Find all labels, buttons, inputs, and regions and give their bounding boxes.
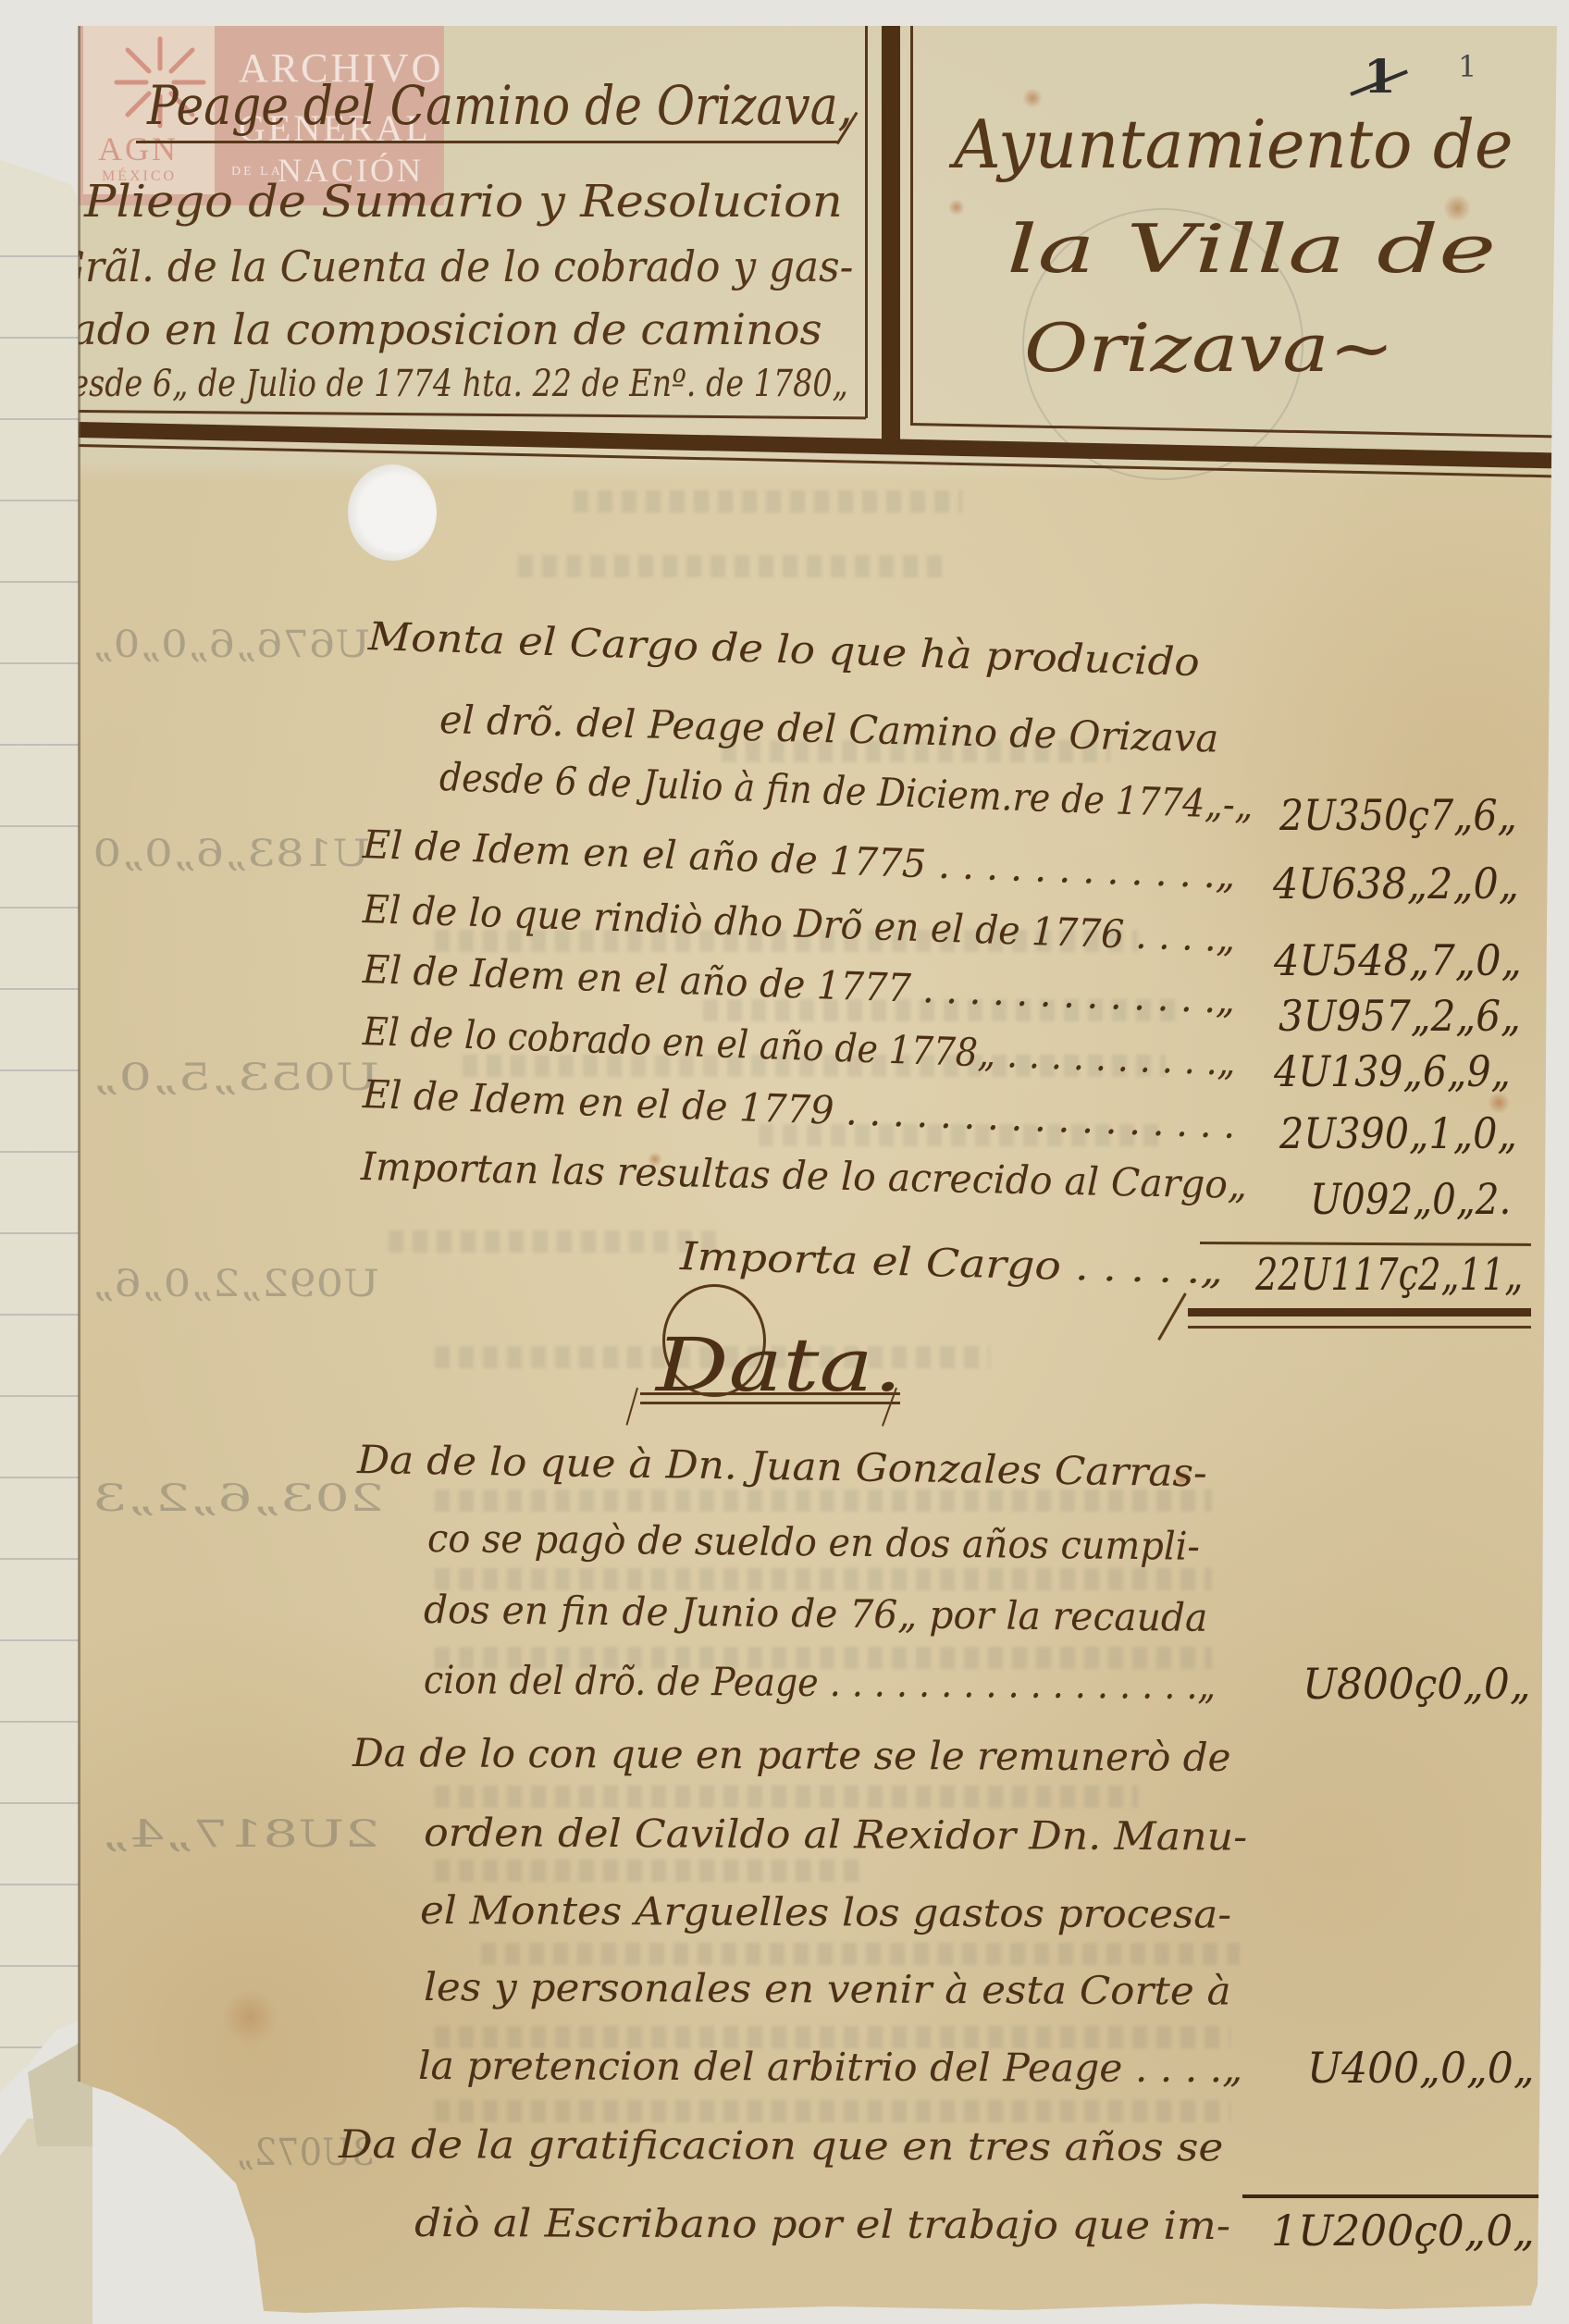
cargo-line: desde 6 de Julio à fin de Diciem.re de 1…	[439, 758, 1254, 825]
rust-spot	[948, 199, 965, 216]
data-entry-line: co se pagò de sueldo en dos años cumpli-	[427, 1519, 1200, 1566]
bleed-through-number-text: U053„5„0„	[93, 1059, 379, 1096]
page-left-edge-shadow	[78, 26, 80, 2082]
data-entry-amount: U800ç0„0„	[1303, 1663, 1531, 1705]
header-right-line-2: la Villa de	[1007, 216, 1496, 282]
carry-forward-rule	[1242, 2194, 1547, 2198]
header-right-line-1: Ayuntamiento de	[954, 111, 1513, 178]
cargo-line: el drõ. del Peage del Camino de Orizava	[439, 700, 1219, 759]
bleed-through-number: U053„5„0„	[93, 1059, 379, 1098]
data-entry-line: Da de lo que à Dn. Juan Gonzales Carras-	[357, 1440, 1207, 1492]
data-entry-line: Da de lo con que en parte se le remunerò…	[352, 1734, 1231, 1777]
data-entry-line: la pretencion del arbitrio del Peage . .…	[418, 2046, 1242, 2088]
header-title: Peage del Camino de Orizava,	[147, 79, 853, 132]
rust-spot	[222, 1989, 278, 2045]
cargo-line: El de Idem en el año de 1775 . . . . . .…	[362, 825, 1236, 895]
subtotal-rule	[1200, 1242, 1531, 1246]
data-entry-line: les y personales en venir à esta Corte à	[424, 1968, 1231, 2011]
cargo-line: Monta el Cargo de lo que hà producido	[367, 617, 1200, 682]
bleed-through-text	[574, 490, 962, 513]
data-heading: Data.	[656, 1329, 902, 1403]
bleed-through-number: U183„6„0„0	[93, 835, 370, 874]
header-line-2: Grãl. de la Cuenta de lo cobrado y gas-	[53, 245, 853, 288]
bleed-through-number-text: U676„6„0„0„	[93, 626, 370, 663]
data-entry-line: cion del drõ. de Peage . . . . . . . . .…	[424, 1661, 1216, 1705]
cargo-amount: 4U638„2„0„	[1273, 862, 1519, 905]
cargo-total-label: Importa el Cargo . . . . .„	[680, 1237, 1224, 1290]
bleed-through-number-text: U183„6„0„0	[93, 835, 370, 872]
header-title-underline	[136, 141, 839, 143]
bleed-through-number-text: U092„2„0„6„	[93, 1266, 379, 1303]
data-entry-amount: 1U200ç0„0„	[1271, 2209, 1535, 2252]
header-line-1: Pliego de Sumario y Resolucion	[84, 179, 843, 224]
header-divider-thin-right	[910, 26, 913, 424]
total-slash-mark	[1157, 1292, 1187, 1341]
header-line-4: desde 6„ de Julio de 1774 hta. 22 de Enº…	[51, 365, 848, 402]
bleed-through-text	[435, 2100, 1230, 2122]
bleed-through-number-text: 2U817„4„	[101, 1816, 379, 1853]
header-divider-thick	[882, 26, 900, 444]
bleed-through-text	[481, 1943, 1240, 1965]
data-entry-amount: U400„0„0„	[1307, 2046, 1535, 2089]
header-line-3: tado en la composicion de caminos	[54, 308, 822, 351]
data-heading-underline	[640, 1392, 900, 1395]
data-entry-line: el Montes Arguelles los gastos procesa-	[420, 1891, 1231, 1935]
cargo-amount: 2U350ç7„6„	[1279, 794, 1517, 836]
cargo-line: Importan las resultas de lo acrecido al …	[361, 1147, 1248, 1205]
data-entry-line: Da de la gratificacion que en tres años …	[339, 2125, 1223, 2167]
bleed-through-number-text: 203„6„2„3	[93, 1480, 384, 1517]
bleed-through-number: 2U817„4„	[102, 1816, 379, 1855]
data-heading-underline	[640, 1402, 900, 1404]
header-divider-thin-left	[865, 26, 868, 418]
manuscript-page: U676„6„0„0„ U183„6„0„0 U053„5„0„ U092„2„…	[0, 0, 1569, 2324]
bleed-through-number: U092„2„0„6„	[93, 1266, 379, 1304]
cargo-amount: 2U390„1„0„	[1279, 1112, 1517, 1155]
bleed-through-text	[389, 1230, 722, 1253]
bleed-through-text	[435, 1568, 1212, 1590]
total-thick-rule	[1188, 1308, 1531, 1317]
binding-hole	[348, 464, 437, 561]
folio-number-pencil: 1	[1458, 52, 1476, 81]
bleed-through-text	[518, 555, 944, 577]
cargo-amount: 4U548„7„0„	[1274, 939, 1522, 982]
data-entry-line: orden del Cavildo al Rexidor Dn. Manu-	[424, 1813, 1247, 1857]
data-entry-line: diò al Escribano por el trabajo que im-	[414, 2204, 1230, 2245]
cargo-amount: 3U957„2„6„	[1279, 995, 1521, 1037]
bleed-through-text	[435, 1860, 860, 1882]
data-underline-slash	[625, 1388, 637, 1426]
folded-paper-tab	[0, 2119, 93, 2324]
data-entry-line: dos en fin de Junio de 76„ por la recaud…	[424, 1590, 1208, 1638]
header-right-line-3: Orizava~	[1024, 315, 1394, 381]
cargo-amount: 4U139„6„9„	[1274, 1050, 1511, 1093]
bleed-through-text	[435, 1786, 1138, 1808]
header-left-bottom-rule	[79, 410, 866, 419]
bleed-through-number: U676„6„0„0„	[93, 626, 370, 665]
cargo-amount: U092„0„2.	[1310, 1178, 1511, 1220]
total-thin-rule	[1188, 1326, 1531, 1329]
bleed-through-number: 203„6„2„3	[93, 1480, 384, 1519]
cargo-total-amount: 22U117ç2„11„	[1255, 1253, 1523, 1297]
